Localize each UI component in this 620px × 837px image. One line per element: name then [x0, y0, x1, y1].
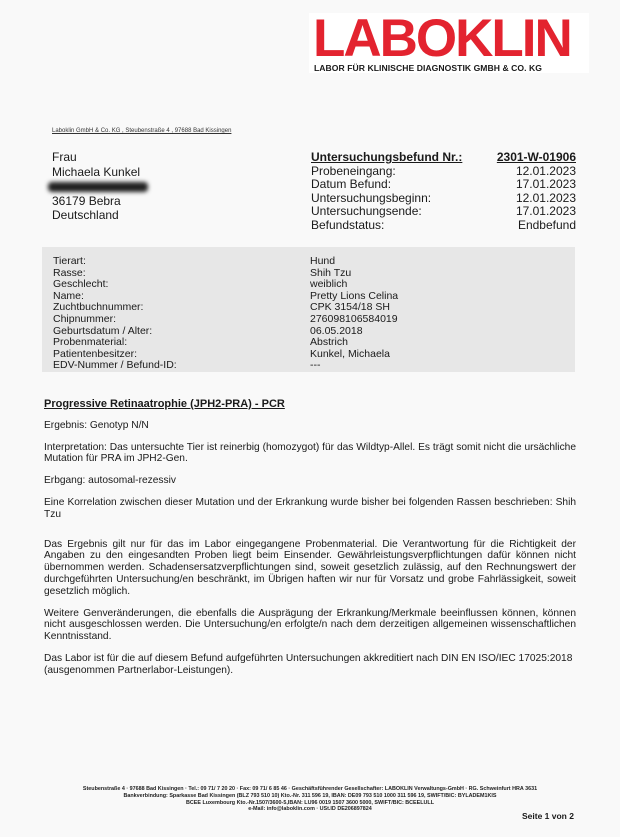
- patient-value: Kunkel, Michaela: [310, 349, 390, 361]
- meta-label: Probeneingang:: [311, 165, 396, 179]
- recipient-salutation: Frau: [52, 150, 148, 165]
- report-meta: Untersuchungsbefund Nr.: 2301-W-01906 Pr…: [311, 151, 576, 232]
- patient-label: Probenmaterial:: [53, 337, 310, 349]
- patient-value: Abstrich: [310, 337, 348, 349]
- patient-label: EDV-Nummer / Befund-ID:: [53, 360, 310, 372]
- recipient-city: 36179 Bebra: [52, 194, 148, 209]
- page-number: Seite 1 von 2: [522, 811, 574, 821]
- company-footer: Steubenstraße 4 · 97688 Bad Kissingen · …: [40, 786, 580, 813]
- patient-info-box: Tierart:HundRasse:Shih TzuGeschlecht:wei…: [42, 247, 575, 372]
- report-number-label: Untersuchungsbefund Nr.:: [311, 151, 462, 165]
- meta-row: Probeneingang:12.01.2023: [311, 165, 576, 179]
- meta-row: Untersuchungsbeginn:12.01.2023: [311, 192, 576, 206]
- footer-line: BCEE Luxembourg Kto.-Nr.1507/3600-5,IBAN…: [40, 800, 580, 807]
- meta-value: 17.01.2023: [516, 205, 576, 219]
- recipient-address: Frau Michaela Kunkel 36179 Bebra Deutsch…: [52, 150, 148, 223]
- patient-label: Tierart:: [53, 256, 310, 268]
- meta-value: 12.01.2023: [516, 192, 576, 206]
- test-result-section: Progressive Retinaatrophie (JPH2-PRA) - …: [44, 399, 576, 687]
- logo-wordmark: LABOKLIN: [313, 11, 571, 67]
- footer-line: Steubenstraße 4 · 97688 Bad Kissingen · …: [40, 786, 580, 793]
- meta-label: Datum Befund:: [311, 178, 391, 192]
- meta-row: Untersuchungsende:17.01.2023: [311, 205, 576, 219]
- accreditation-text: Das Labor ist für die auf diesem Befund …: [44, 653, 572, 664]
- disclaimer-accreditation: Das Labor ist für die auf diesem Befund …: [44, 653, 576, 677]
- meta-value: 12.01.2023: [516, 165, 576, 179]
- test-result: Ergebnis: Genotyp N/N: [44, 420, 576, 432]
- disclaimer-further-mutations: Weitere Genveränderungen, die ebenfalls …: [44, 608, 576, 643]
- patient-value: Hund: [310, 256, 335, 268]
- test-inheritance: Erbgang: autosomal-rezessiv: [44, 475, 576, 487]
- report-number-row: Untersuchungsbefund Nr.: 2301-W-01906: [311, 151, 576, 165]
- laboklin-logo: LABOKLIN LABOR FÜR KLINISCHE DIAGNOSTIK …: [309, 13, 589, 73]
- report-number-value: 2301-W-01906: [497, 151, 576, 165]
- patient-row: Probenmaterial:Abstrich: [53, 337, 398, 349]
- patient-row: Tierart:Hund: [53, 256, 398, 268]
- test-correlation: Eine Korrelation zwischen dieser Mutatio…: [44, 497, 576, 521]
- recipient-country: Deutschland: [52, 208, 148, 223]
- meta-row: Befundstatus:Endbefund: [311, 219, 576, 233]
- footer-line: e-Mail: info@laboklin.com · USt.ID DE206…: [40, 806, 580, 813]
- meta-row: Datum Befund:17.01.2023: [311, 178, 576, 192]
- patient-value: ---: [310, 360, 321, 372]
- footer-line: Bankverbindung: Sparkasse Bad Kissingen …: [40, 793, 580, 800]
- patient-row: Chipnummer:276098106584019: [53, 314, 398, 326]
- sender-return-address: Laboklin GmbH & Co. KG , Steubenstraße 4…: [52, 128, 231, 134]
- patient-value: 276098106584019: [310, 314, 398, 326]
- patient-row: EDV-Nummer / Befund-ID:---: [53, 360, 398, 372]
- meta-label: Befundstatus:: [311, 219, 384, 233]
- recipient-name: Michaela Kunkel: [52, 165, 148, 180]
- meta-label: Untersuchungsende:: [311, 205, 422, 219]
- accreditation-note: (ausgenommen Partnerlabor-Leistungen).: [44, 665, 233, 676]
- recipient-street-redacted: [52, 179, 148, 194]
- test-title: Progressive Retinaatrophie (JPH2-PRA) - …: [44, 399, 576, 411]
- patient-label: Chipnummer:: [53, 314, 310, 326]
- patient-info-grid: Tierart:HundRasse:Shih TzuGeschlecht:wei…: [53, 256, 398, 372]
- test-interpretation: Interpretation: Das untersuchte Tier ist…: [44, 442, 576, 466]
- logo-subtitle: LABOR FÜR KLINISCHE DIAGNOSTIK GMBH & CO…: [314, 63, 542, 73]
- meta-value: Endbefund: [518, 219, 576, 233]
- meta-label: Untersuchungsbeginn:: [311, 192, 431, 206]
- meta-value: 17.01.2023: [516, 178, 576, 192]
- disclaimer-liability: Das Ergebnis gilt nur für das im Labor e…: [44, 539, 576, 598]
- patient-label: Geschlecht:: [53, 279, 310, 291]
